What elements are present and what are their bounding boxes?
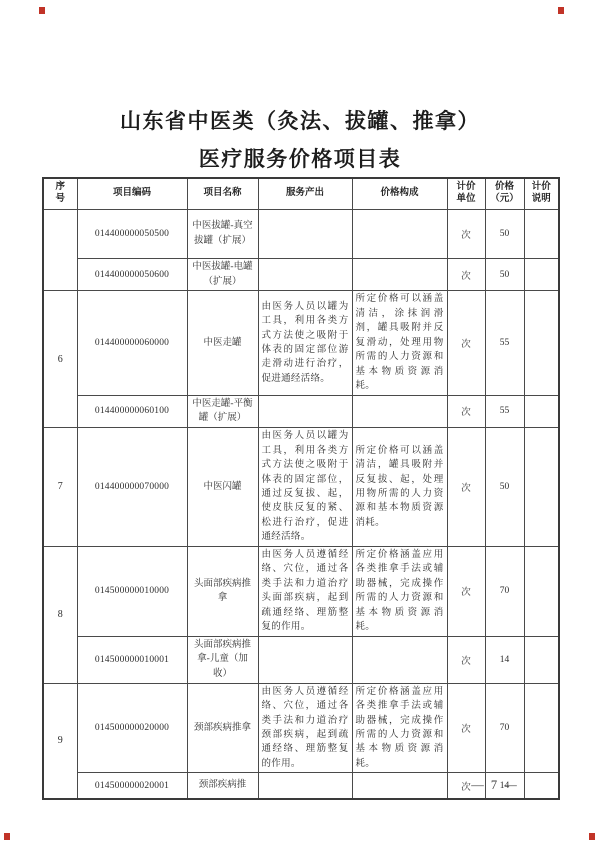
document-page: 山东省中医类（灸法、拔罐、推拿） 医疗服务价格项目表 序 号 项目编码 项目名称… [0, 0, 600, 848]
note-cell [524, 636, 559, 683]
code-cell: 014400000050600 [77, 259, 187, 291]
title-line-2: 医疗服务价格项目表 [0, 141, 600, 179]
note-cell [524, 427, 559, 546]
corner-mark-bottom-right [589, 833, 595, 840]
header-service: 服务产出 [258, 178, 352, 210]
comp-cell: 所定价格涵盖应用各类推拿手法或辅助器械，完成操作所需的人力资源和基本物质资源消耗… [352, 546, 447, 636]
seq-cell: 7 [43, 427, 77, 546]
title-line-1: 山东省中医类（灸法、拔罐、推拿） [0, 103, 600, 141]
code-cell: 014500000010001 [77, 636, 187, 683]
name-cell: 颈部疾病推拿 [187, 683, 258, 773]
name-cell: 头面部疾病推拿-儿童（加收） [187, 636, 258, 683]
note-cell [524, 291, 559, 395]
name-cell: 头面部疾病推拿 [187, 546, 258, 636]
note-cell [524, 395, 559, 427]
price-cell: 55 [485, 395, 524, 427]
unit-cell: 次 [447, 546, 485, 636]
note-cell [524, 546, 559, 636]
price-cell: 70 [485, 546, 524, 636]
comp-cell: 所定价格可以涵盖清洁，涂抹润滑剂，罐具吸附并反复滑动，处理用物所需的人力资源和基… [352, 291, 447, 395]
header-seq: 序 号 [43, 178, 77, 210]
service-cell [258, 773, 352, 799]
note-cell [524, 683, 559, 773]
unit-cell: 次 [447, 210, 485, 259]
table-row: 8 014500000010000 头面部疾病推拿 由医务人员遵循经络、穴位，通… [43, 546, 559, 636]
price-table: 序 号 项目编码 项目名称 服务产出 价格构成 计价 单位 价格 （元） 计价 … [42, 177, 560, 800]
service-cell: 由医务人员遵循经络、穴位，通过各类手法和力道治疗颈部疾病，起到疏通经络、理筋整复… [258, 683, 352, 773]
table-row: 7 014400000070000 中医闪罐 由医务人员以罐为工具，利用各类方式… [43, 427, 559, 546]
table-row: 014500000010001 头面部疾病推拿-儿童（加收） 次 14 [43, 636, 559, 683]
code-cell: 014400000060100 [77, 395, 187, 427]
code-cell: 014500000010000 [77, 546, 187, 636]
unit-cell: 次 [447, 683, 485, 773]
header-unit: 计价 单位 [447, 178, 485, 210]
name-cell: 中医走罐-平衡罐（扩展） [187, 395, 258, 427]
table-header-row: 序 号 项目编码 项目名称 服务产出 价格构成 计价 单位 价格 （元） 计价 … [43, 178, 559, 210]
service-cell: 由医务人员遵循经络、穴位，通过各类手法和力道治疗头面部疾病，起到疏通经络、理筋整… [258, 546, 352, 636]
price-cell: 50 [485, 259, 524, 291]
header-note: 计价 说明 [524, 178, 559, 210]
page-number: — 7 — [455, 778, 535, 793]
name-cell: 中医闪罐 [187, 427, 258, 546]
unit-cell: 次 [447, 259, 485, 291]
service-cell [258, 259, 352, 291]
service-cell: 由医务人员以罐为工具，利用各类方式方法使之吸附于体表的固定部位游走滑动进行治疗，… [258, 291, 352, 395]
seq-cell: 9 [43, 683, 77, 799]
comp-cell: 所定价格可以涵盖清洁，罐具吸附并反复拔、起，处理用物所需的人力资源和基本物质资源… [352, 427, 447, 546]
code-cell: 014400000060000 [77, 291, 187, 395]
comp-cell [352, 636, 447, 683]
name-cell: 颈部疾病推 [187, 773, 258, 799]
seq-cell [43, 210, 77, 291]
note-cell [524, 210, 559, 259]
table-row: 014400000050500 中医拔罐-真空拔罐（扩展） 次 50 [43, 210, 559, 259]
table-row: 9 014500000020000 颈部疾病推拿 由医务人员遵循经络、穴位，通过… [43, 683, 559, 773]
comp-cell [352, 773, 447, 799]
corner-mark-bottom-left [4, 833, 10, 840]
document-title: 山东省中医类（灸法、拔罐、推拿） 医疗服务价格项目表 [0, 103, 600, 179]
service-cell [258, 395, 352, 427]
service-cell [258, 636, 352, 683]
unit-cell: 次 [447, 636, 485, 683]
corner-mark-top-right [558, 7, 564, 14]
service-cell [258, 210, 352, 259]
name-cell: 中医拔罐-真空拔罐（扩展） [187, 210, 258, 259]
name-cell: 中医拔罐-电罐（扩展） [187, 259, 258, 291]
price-cell: 50 [485, 427, 524, 546]
header-name: 项目名称 [187, 178, 258, 210]
comp-cell: 所定价格涵盖应用各类推拿手法或辅助器械，完成操作所需的人力资源和基本物质资源消耗… [352, 683, 447, 773]
unit-cell: 次 [447, 395, 485, 427]
seq-cell: 6 [43, 291, 77, 428]
service-cell: 由医务人员以罐为工具，利用各类方式方法使之吸附于体表的固定部位，通过反复拔、起，… [258, 427, 352, 546]
comp-cell [352, 259, 447, 291]
code-cell: 014400000070000 [77, 427, 187, 546]
seq-cell: 8 [43, 546, 77, 683]
comp-cell [352, 210, 447, 259]
unit-cell: 次 [447, 427, 485, 546]
table-row: 6 014400000060000 中医走罐 由医务人员以罐为工具，利用各类方式… [43, 291, 559, 395]
header-code: 项目编码 [77, 178, 187, 210]
header-price: 价格 （元） [485, 178, 524, 210]
price-cell: 50 [485, 210, 524, 259]
code-cell: 014500000020000 [77, 683, 187, 773]
price-cell: 70 [485, 683, 524, 773]
price-cell: 14 [485, 636, 524, 683]
code-cell: 014400000050500 [77, 210, 187, 259]
table-row: 014400000050600 中医拔罐-电罐（扩展） 次 50 [43, 259, 559, 291]
price-cell: 55 [485, 291, 524, 395]
corner-mark-top-left [39, 7, 45, 14]
unit-cell: 次 [447, 291, 485, 395]
table-row: 014400000060100 中医走罐-平衡罐（扩展） 次 55 [43, 395, 559, 427]
name-cell: 中医走罐 [187, 291, 258, 395]
note-cell [524, 259, 559, 291]
header-comp: 价格构成 [352, 178, 447, 210]
code-cell: 014500000020001 [77, 773, 187, 799]
comp-cell [352, 395, 447, 427]
